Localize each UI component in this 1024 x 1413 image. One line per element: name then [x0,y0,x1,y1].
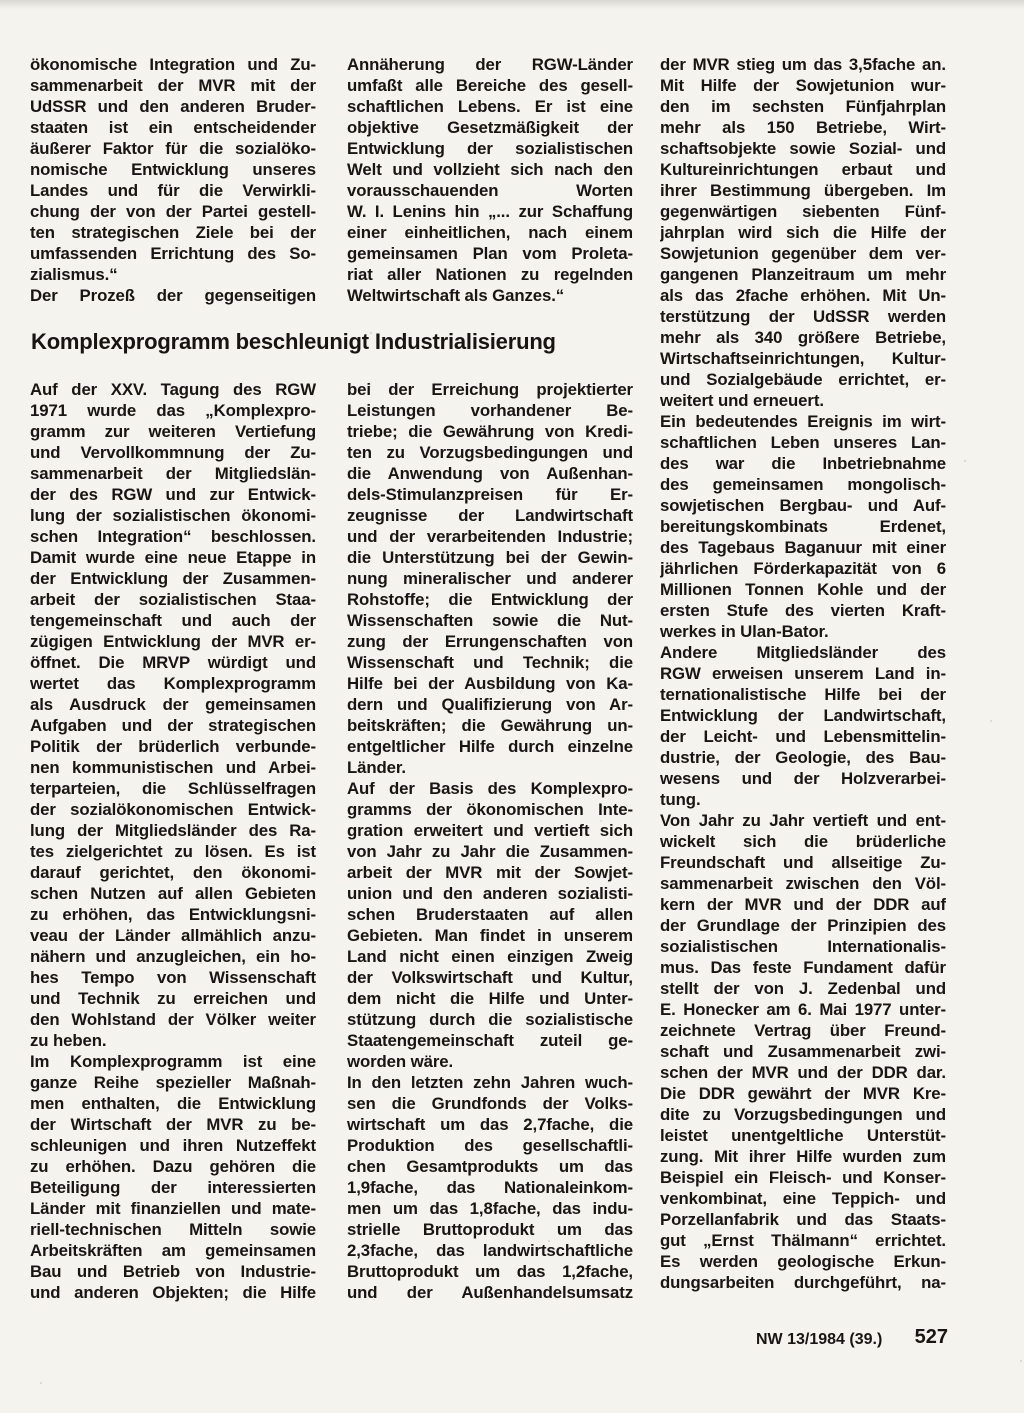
column-2-top-text: Annäherung der RGW-Länderumfaßt alle Ber… [347,54,633,306]
text-line: Beispiel ein Fleisch- und Konser- [660,1167,946,1188]
magazine-page: ökonomische Integration und Zu-sammenarb… [0,0,1024,1413]
text-line: Wissenschaft und Technik; die [347,652,633,673]
text-line: Mit Hilfe der Sowjetunion wur- [660,75,946,96]
column-3-text: der MVR stieg um das 3,5fache an.Mit Hil… [660,54,946,1293]
text-line: dem nicht die Hilfe und Unter- [347,988,633,1009]
text-line: sammenarbeit der MVR mit der [30,75,316,96]
text-line: schen Integration“ beschlossen. [30,526,316,547]
text-line: Entwicklung der Landwirtschaft, [660,705,946,726]
text-line: der Volkswirtschaft und Kultur, [347,967,633,988]
text-line: schleunigen und ihren Nutzeffekt [30,1135,316,1156]
column-1-top-text: ökonomische Integration und Zu-sammenarb… [30,54,316,306]
text-line: nen kommunistischen und Arbei- [30,757,316,778]
text-line: wickelt sich die brüderliche [660,831,946,852]
text-line: riat aller Nationen zu regelnden [347,264,633,285]
text-line: lung der Mitgliedsländer des Ra- [30,820,316,841]
text-line: sowjetischen Bergbau- und Auf- [660,495,946,516]
text-line: ganze Reihe spezieller Maßnah- [30,1072,316,1093]
text-line: umfaßt alle Bereiche des gesell- [347,75,633,96]
text-line: als das 2fache erhöhen. Mit Un- [660,285,946,306]
text-line: umfassenden Errichtung des So- [30,243,316,264]
text-line: gramm zur weiteren Vertiefung [30,421,316,442]
text-line: jährlichen Förderkapazität von 6 [660,558,946,579]
text-line: schaftsobjekte sowie Sozial- und [660,138,946,159]
text-line: Auf der Basis des Komplexpro- [347,778,633,799]
text-line: entgeltlicher Hilfe durch einzelne [347,736,633,757]
text-line: zeugnisse der Landwirtschaft [347,505,633,526]
text-line: dern und Qualifizierung von Ar- [347,694,633,715]
text-line: gegenwärtigen siebenten Fünf- [660,201,946,222]
text-line: schen der MVR und der DDR dar. [660,1062,946,1083]
section-heading: Komplexprogramm beschleunigt Industriali… [31,327,556,357]
text-line: Gebieten. Man findet in unserem [347,925,633,946]
text-line: jahrplan wird sich die Hilfe der [660,222,946,243]
text-line: 1971 wurde das „Komplexpro- [30,400,316,421]
text-line: Wirtschaftseinrichtungen, Kultur- [660,348,946,369]
text-line: und anderen Objekten; die Hilfe [30,1282,316,1303]
text-line: Porzellanfabrik und das Staats- [660,1209,946,1230]
text-line: Damit wurde eine neue Etappe in [30,547,316,568]
text-line: chen Gesamtprodukts um das [347,1156,633,1177]
text-line: dite zu Vorzugsbedingungen und [660,1104,946,1125]
text-line: Von Jahr zu Jahr vertieft und ent- [660,810,946,831]
text-line: gramms der ökonomischen Inte- [347,799,633,820]
text-line: leistet unentgeltliche Unterstüt- [660,1125,946,1146]
text-line: wirtschaft um das 2,7fache, die [347,1114,633,1135]
text-line: schen Bruderstaaten auf allen [347,904,633,925]
text-line: wertet das Komplexprogramm [30,673,316,694]
text-line: den im sechsten Fünfjahrplan [660,96,946,117]
text-line: Länder mit finanziellen und mate- [30,1198,316,1219]
text-line: nomische Entwicklung unseres [30,159,316,180]
text-line: Staatengemeinschaft zuteil ge- [347,1030,633,1051]
text-line: ökonomische Integration und Zu- [30,54,316,75]
text-line: sozialistischen Internationalis- [660,936,946,957]
text-line: gration erweitert und vertieft sich [347,820,633,841]
text-line: Es werden geologische Erkun- [660,1251,946,1272]
text-line: und Sozialgebäude errichtet, er- [660,369,946,390]
text-line: und Technik zu erreichen und [30,988,316,1009]
text-line: des gemeinsamen mongolisch- [660,474,946,495]
text-line: E. Honecker am 6. Mai 1977 unter- [660,999,946,1020]
text-line: tengemeinschaft und auch der [30,610,316,631]
text-line: werkes in Ulan-Bator. [660,621,946,642]
text-line: der sozialökonomischen Entwick- [30,799,316,820]
text-line: zung. Mit ihrer Hilfe wurden zum [660,1146,946,1167]
text-line: chung der von der Partei gestell- [30,201,316,222]
text-line: RGW erweisen unserem Land in- [660,663,946,684]
text-line: Der Prozeß der gegenseitigen [30,285,316,306]
text-line: objektive Gesetzmäßigkeit der [347,117,633,138]
text-line: der Entwicklung der Zusammen- [30,568,316,589]
text-line: zu heben. [30,1030,316,1051]
text-line: hes Tempo von Wissenschaft [30,967,316,988]
text-line: terstützung der UdSSR werden [660,306,946,327]
text-line: veau der Länder allmählich anzu- [30,925,316,946]
text-line: Im Komplexprogramm ist eine [30,1051,316,1072]
text-line: Auf der XXV. Tagung des RGW [30,379,316,400]
text-line: Landes und für die Verwirkli- [30,180,316,201]
text-line: Ein bedeutendes Ereignis im wirt- [660,411,946,432]
text-line: den Wohlstand der Völker weiter [30,1009,316,1030]
text-line: Kultureinrichtungen erbaut und [660,159,946,180]
text-line: tes zielgerichtet zu lösen. Es ist [30,841,316,862]
text-line: sammenarbeit zwischen den Völ- [660,873,946,894]
text-line: bereitungskombinats Erdenet, [660,516,946,537]
column-1-bottom-text: Auf der XXV. Tagung des RGW1971 wurde da… [30,379,316,1303]
text-line: arbeit der MVR mit der Sowjet- [347,862,633,883]
text-line: gangenen Planzeitraum um mehr [660,264,946,285]
text-line: tung. [660,789,946,810]
text-line: schen Nutzen auf allen Gebieten [30,883,316,904]
text-line: UdSSR und den anderen Bruder- [30,96,316,117]
text-line: zung der Errungenschaften von [347,631,633,652]
text-line: wesens und der Holzverarbei- [660,768,946,789]
text-line: terparteien, die Schlüsselfragen [30,778,316,799]
text-line: mehr als 340 größere Betriebe, [660,327,946,348]
text-line: mus. Das feste Fundament dafür [660,957,946,978]
text-line: Die DDR gewährt der MVR Kre- [660,1083,946,1104]
text-line: zu erhöhen. Dazu gehören die [30,1156,316,1177]
text-line: Land nicht einen einzigen Zweig [347,946,633,967]
text-line: der Wirtschaft der MVR zu be- [30,1114,316,1135]
text-line: Annäherung der RGW-Länder [347,54,633,75]
text-line: der MVR stieg um das 3,5fache an. [660,54,946,75]
column-2-bottom-text: bei der Erreichung projektierterLeistung… [347,379,633,1303]
text-line: sammenarbeit der Mitgliedslän- [30,463,316,484]
text-line: ten zu Vorzugsbedingungen und [347,442,633,463]
text-line: dels-Stimulanzpreisen für Er- [347,484,633,505]
footer-issue-label: NW 13/1984 (39.) [756,1330,882,1350]
text-line: staaten ist ein entscheidender [30,117,316,138]
text-line: zialismus.“ [30,264,316,285]
text-line: stützung durch die sozialistische [347,1009,633,1030]
text-line: ihrer Bestimmung übergeben. Im [660,180,946,201]
text-line: gemeinsamen Plan vom Proleta- [347,243,633,264]
text-line: worden wäre. [347,1051,633,1072]
text-line: bei der Erreichung projektierter [347,379,633,400]
text-line: Wissenschaften sowie die Nut- [347,610,633,631]
text-line: zeichnete Vertrag über Freund- [660,1020,946,1041]
text-line: von Jahr zu Jahr die Zusammen- [347,841,633,862]
text-line: zu erhöhen, das Entwicklungsni- [30,904,316,925]
text-line: stellt der von J. Zedenbal und [660,978,946,999]
text-line: Beteiligung der interessierten [30,1177,316,1198]
text-line: men enthalten, die Entwicklung [30,1093,316,1114]
text-line: und der Außenhandelsumsatz [347,1282,633,1303]
text-line: Sowjetunion gegenüber dem ver- [660,243,946,264]
text-line: weitert und erneuert. [660,390,946,411]
text-line: ten strategischen Ziele bei der [30,222,316,243]
text-line: zügigen Entwicklung der MVR er- [30,631,316,652]
text-line: lung der sozialistischen ökonomi- [30,505,316,526]
text-line: triebe; die Gewährung von Kredi- [347,421,633,442]
text-line: dustrie, der Geologie, des Bau- [660,747,946,768]
text-line: Bau und Betrieb von Industrie- [30,1261,316,1282]
text-line: nung mineralischer und anderer [347,568,633,589]
text-line: gut „Ernst Thälmann“ errichtet. [660,1230,946,1251]
text-line: Entwicklung der sozialistischen [347,138,633,159]
text-line: strielle Bruttoprodukt um das [347,1219,633,1240]
text-line: Freundschaft und allseitige Zu- [660,852,946,873]
text-line: Welt und vollzieht sich nach den [347,159,633,180]
text-line: In den letzten zehn Jahren wuch- [347,1072,633,1093]
text-line: und Vervollkommnung der Zu- [30,442,316,463]
text-line: einer einheitlichen, nach einem [347,222,633,243]
text-line: mehr als 150 Betriebe, Wirt- [660,117,946,138]
text-line: als Ausdruck der gemeinsamen [30,694,316,715]
text-line: Produktion des gesellschaftli- [347,1135,633,1156]
text-line: Millionen Tonnen Kohle und der [660,579,946,600]
text-line: men um das 1,8fache, das indu- [347,1198,633,1219]
text-line: sen die Grundfonds der Volks- [347,1093,633,1114]
text-line: des Tagebaus Baganuur mit einer [660,537,946,558]
text-line: der Grundlage der Prinzipien des [660,915,946,936]
text-line: dungsarbeiten durchgeführt, na- [660,1272,946,1293]
text-line: schaftlichen Leben unseres Lan- [660,432,946,453]
text-line: schaft und Zusammenarbeit zwi- [660,1041,946,1062]
text-line: W. I. Lenins hin „... zur Schaffung [347,201,633,222]
text-line: Andere Mitgliedsländer des [660,642,946,663]
text-line: union und den anderen sozialisti- [347,883,633,904]
text-line: kern der MVR und der DDR auf [660,894,946,915]
text-line: riell-technischen Mitteln sowie [30,1219,316,1240]
text-line: der Leicht- und Lebensmittelin- [660,726,946,747]
text-line: und der verarbeitenden Industrie; [347,526,633,547]
text-line: der des RGW und zur Entwick- [30,484,316,505]
text-line: Bruttoprodukt um das 1,2fache, [347,1261,633,1282]
text-line: nähern und anzugleichen, ein ho- [30,946,316,967]
page-number: 527 [884,1325,948,1349]
text-line: schaftlichen Lebens. Er ist eine [347,96,633,117]
text-line: Länder. [347,757,633,778]
text-line: Rohstoffe; die Entwicklung der [347,589,633,610]
text-line: Hilfe bei der Ausbildung von Ka- [347,673,633,694]
text-line: beitskräften; die Gewährung un- [347,715,633,736]
text-line: ersten Stufe des vierten Kraft- [660,600,946,621]
text-line: öffnet. Die MRVP würdigt und [30,652,316,673]
text-line: des war die Inbetriebnahme [660,453,946,474]
text-line: vorausschauenden Worten [347,180,633,201]
text-line: 2,3fache, das landwirtschaftliche [347,1240,633,1261]
text-line: Politik der brüderlich verbunde- [30,736,316,757]
text-line: Leistungen vorhandener Be- [347,400,633,421]
text-line: venkombinat, eine Teppich- und [660,1188,946,1209]
text-line: Arbeitskräften am gemeinsamen [30,1240,316,1261]
text-line: Aufgaben und der strategischen [30,715,316,736]
text-line: die Unterstützung bei der Gewin- [347,547,633,568]
text-line: ternationalistische Hilfe bei der [660,684,946,705]
text-line: arbeit der sozialistischen Staa- [30,589,316,610]
text-line: Weltwirtschaft als Ganzes.“ [347,285,633,306]
text-line: 1,9fache, das Nationaleinkom- [347,1177,633,1198]
text-line: äußerer Faktor für die sozialöko- [30,138,316,159]
text-line: darauf gerichtet, den ökonomi- [30,862,316,883]
text-line: die Anwendung von Außenhan- [347,463,633,484]
